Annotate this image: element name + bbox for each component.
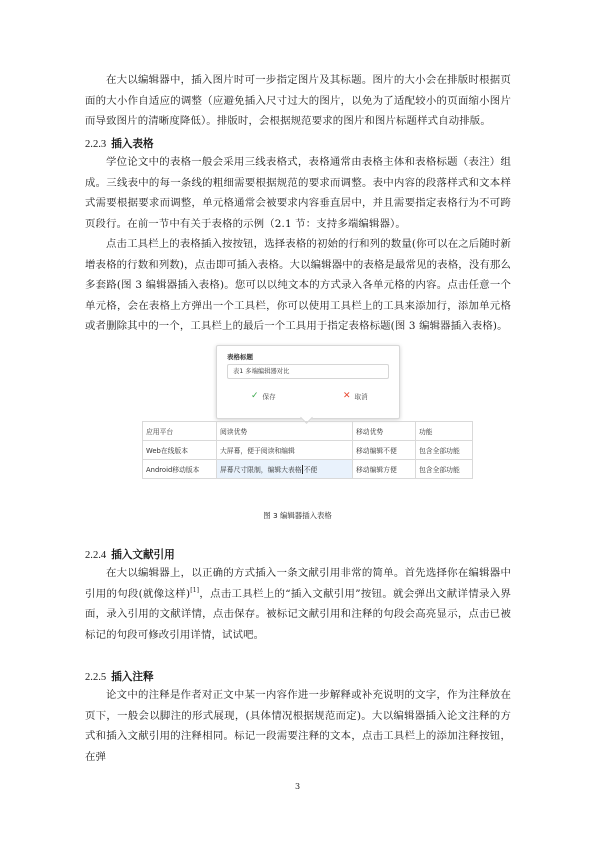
table-cell[interactable]: Web在线版本 (143, 441, 217, 460)
section-heading-2-2-5: 2.2.5插入注释 (85, 670, 154, 685)
citation-marker[interactable]: [1] (190, 587, 199, 594)
save-label: 保存 (263, 391, 276, 401)
x-icon: ✕ (343, 392, 351, 401)
figure-editor-insert-table: 表格标题 表1 多端编辑器对比 ✓ 保存 ✕ 取消 应用平台 阅读优势 移动优势… (142, 345, 473, 485)
section-number: 2.2.4 (85, 550, 106, 561)
section-heading-2-2-4: 2.2.4插入文献引用 (85, 548, 175, 563)
table-row: Web在线版本 大屏幕，便于阅读和编辑 移动编辑不便 包含全部功能 (143, 441, 473, 460)
table-cell[interactable]: 阅读优势 (217, 422, 353, 441)
body-paragraph: 点击工具栏上的表格插入按按钮，选择表格的初始的行和列的数量(你可以在之后随时新增… (85, 234, 511, 337)
cell-text: 屏幕尺寸限制，编辑大表格 (220, 466, 302, 474)
table-cell[interactable]: Android移动版本 (143, 460, 217, 479)
table-cell[interactable]: 移动编辑方便 (353, 460, 416, 479)
table-cell-selected[interactable]: 屏幕尺寸限制，编辑大表格不便 (217, 460, 353, 479)
cell-text: 不便 (304, 466, 318, 474)
editor-table: 应用平台 阅读优势 移动优势 功能 Web在线版本 大屏幕，便于阅读和编辑 移动… (142, 421, 473, 479)
cancel-button[interactable]: ✕ 取消 (343, 389, 368, 403)
page-number: 3 (0, 782, 595, 791)
table-cell[interactable]: 包含全部功能 (416, 441, 473, 460)
table-cell[interactable]: 应用平台 (143, 422, 217, 441)
table-header-row: 应用平台 阅读优势 移动优势 功能 (143, 422, 473, 441)
body-paragraph: 论文中的注释是作者对正文中某一内容作进一步解释或补充说明的文字，作为注释放在页下… (85, 685, 511, 767)
document-page: 在大以编辑器中，插入图片时可一步指定图片及其标题。图片的大小会在排版时根据页面的… (0, 0, 595, 842)
section-number: 2.2.3 (85, 139, 106, 150)
section-title: 插入注释 (111, 671, 153, 683)
popup-label: 表格标题 (227, 352, 253, 361)
body-paragraph: 在大以编辑器上，以正确的方式插入一条文献引用非常的简单。首先选择你在编辑器中引用… (85, 563, 511, 645)
section-number: 2.2.5 (85, 672, 106, 683)
section-title: 插入表格 (111, 138, 153, 150)
table-row: Android移动版本 屏幕尺寸限制，编辑大表格不便 移动编辑方便 包含全部功能 (143, 460, 473, 479)
figure-caption: 图 3 编辑器插入表格 (0, 510, 595, 521)
table-cell[interactable]: 移动编辑不便 (353, 441, 416, 460)
section-title: 插入文献引用 (111, 549, 175, 561)
table-cell[interactable]: 包含全部功能 (416, 460, 473, 479)
table-cell[interactable]: 移动优势 (353, 422, 416, 441)
table-cell[interactable]: 大屏幕，便于阅读和编辑 (217, 441, 353, 460)
table-cell[interactable]: 功能 (416, 422, 473, 441)
table-caption-popup: 表格标题 表1 多端编辑器对比 ✓ 保存 ✕ 取消 (216, 345, 400, 419)
body-paragraph: 在大以编辑器中，插入图片时可一步指定图片及其标题。图片的大小会在排版时根据页面的… (85, 70, 511, 132)
section-heading-2-2-3: 2.2.3插入表格 (85, 137, 154, 152)
cancel-label: 取消 (355, 391, 368, 401)
check-icon: ✓ (251, 392, 259, 401)
table-caption-input[interactable]: 表1 多端编辑器对比 (227, 364, 389, 379)
body-paragraph: 学位论文中的表格一般会采用三线表格式，表格通常由表格主体和表格标题（表注）组成。… (85, 152, 511, 234)
save-button[interactable]: ✓ 保存 (251, 389, 276, 403)
